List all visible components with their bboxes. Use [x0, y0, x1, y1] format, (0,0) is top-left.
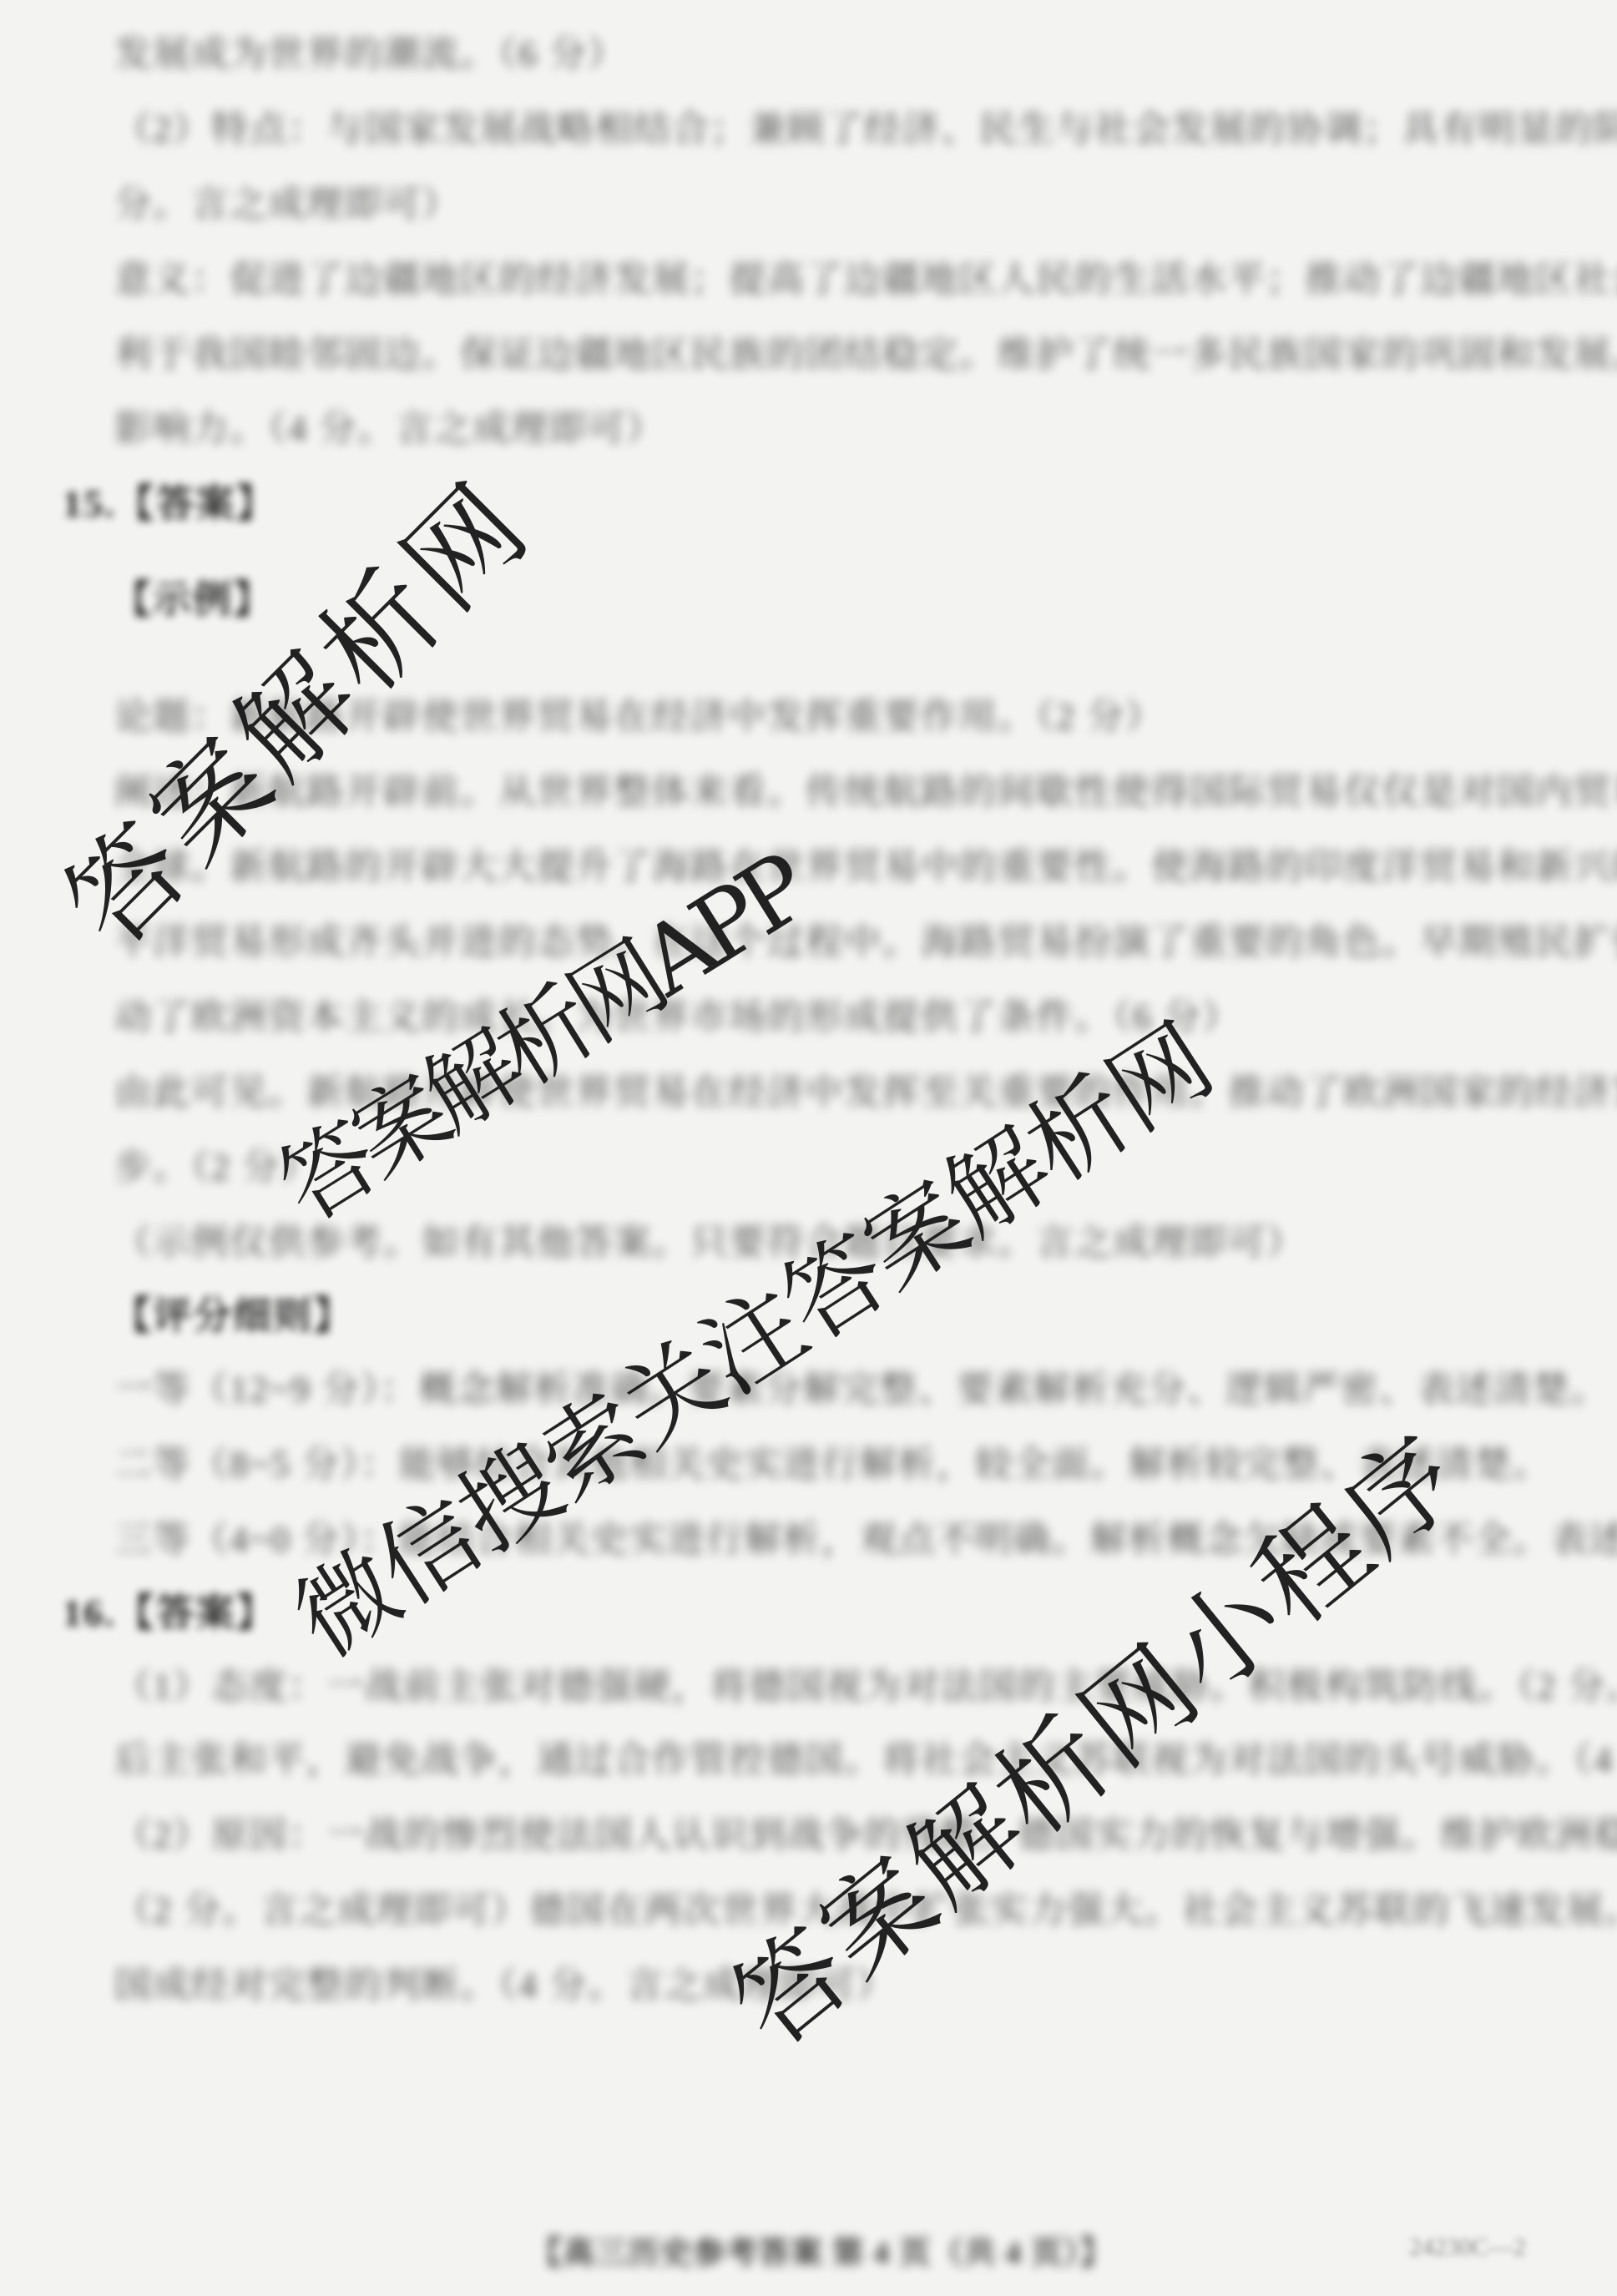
footer-paper-code: 24230C—2	[1409, 2233, 1526, 2262]
document-page: 发展成为世界的潮流。（6 分）（2）特点：与国家发展战略相结合；兼顾了经济、民生…	[0, 0, 1617, 2296]
section-header-line: 16.【答案】	[63, 1582, 276, 1637]
section-header-line: 【评分细则】	[113, 1285, 353, 1340]
text-line: 意义：促进了边疆地区的经济发展；提高了边疆地区人民的生活水平；推动了边疆地区社会…	[114, 249, 1617, 302]
text-line: 后主张和平，避免战争，通过合作管控德国。将社会主义苏联视为对法国的头号威胁。（4…	[114, 1729, 1617, 1783]
text-line: 平洋贸易形成齐头并进的态势。在这个过程中。海路贸易扮演了重要的角色。早期殖民扩张…	[114, 911, 1617, 965]
text-line: 发展成为世界的潮流。（6 分）	[114, 23, 626, 77]
section-header-line: 【示例】	[113, 569, 273, 624]
section-header-line: 15.【答案】	[63, 473, 276, 528]
text-line: 利于我国睦邻固边。保证边疆地区民族的团结稳定。维护了统一多民族国家的巩固和发展。…	[114, 324, 1617, 377]
text-line: 影响力。（4 分。言之成理即可）	[114, 398, 664, 452]
text-line: （2）特点：与国家发展战略相结合；兼顾了经济、民生与社会发展的协调；具有明显的阶…	[114, 98, 1617, 152]
text-line: （示例仅供参考。如有其他答案。只要符合题目要求。言之成理即可）	[114, 1212, 1305, 1265]
text-line: 全球。新航路的开辟大大提升了海路在世界贸易中的重要性。使海路的印度洋贸易和新兴的…	[114, 836, 1617, 890]
footer-page-title: 【高三历史参考答案 第 4 页（共 4 页）】	[530, 2227, 1113, 2273]
text-line: 分。言之成理即可）	[114, 174, 460, 227]
